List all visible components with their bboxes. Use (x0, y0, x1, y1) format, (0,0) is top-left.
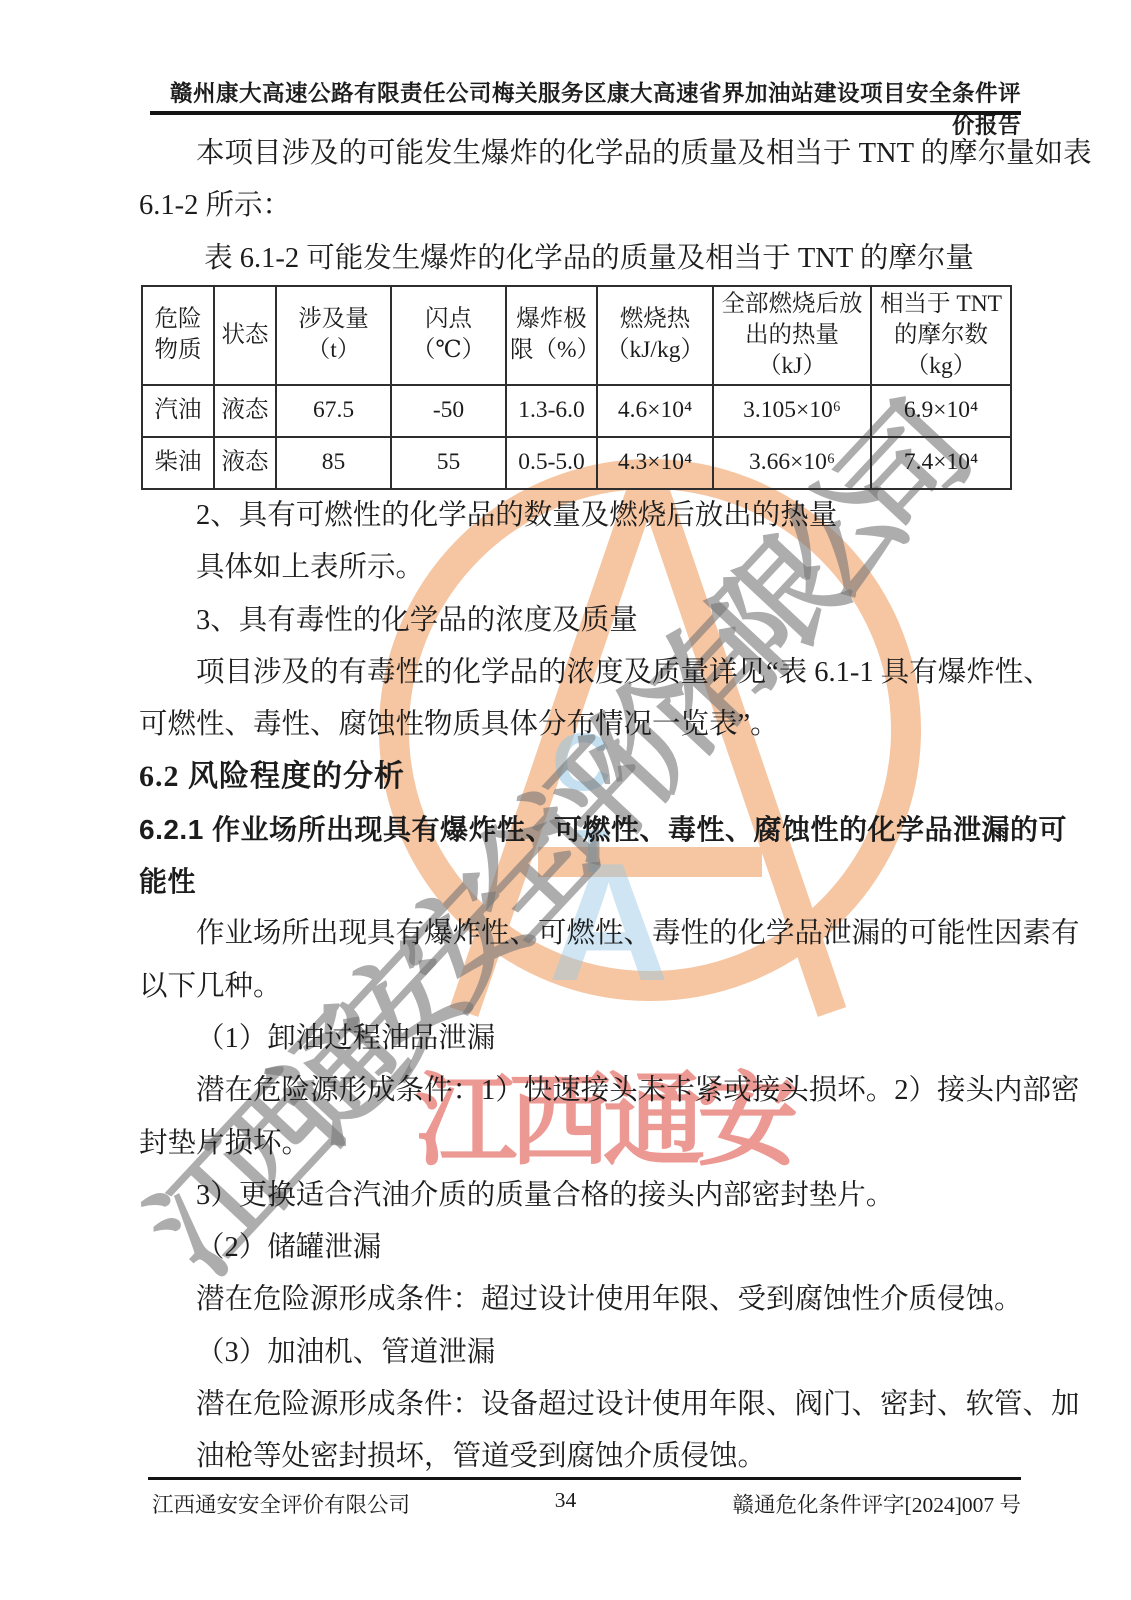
table-header-cell: 燃烧热（kJ/kg） (597, 286, 713, 385)
paragraph-line: （2）储罐泄漏 (139, 1222, 1011, 1274)
subsection-heading-6-2-1-line1: 6.2.1 作业场所出现具有爆炸性、可燃性、毒性、腐蚀性的化学品泄漏的可 (139, 804, 1011, 856)
paragraph-line: 2、具有可燃性的化学品的数量及燃烧后放出的热量 (139, 490, 1011, 542)
table-header-cell: 相当于 TNT 的摩尔数（kg） (871, 286, 1011, 385)
table-header-cell: 涉及量（t） (276, 286, 391, 385)
table-header-row: 危险物质 状态 涉及量（t） 闪点（℃） 爆炸极限（%） 燃烧热（kJ/kg） … (142, 286, 1011, 385)
document-body: 本项目涉及的可能发生爆炸的化学品的质量及相当于 TNT 的摩尔量如表 6.1-2… (139, 128, 1011, 1484)
table-cell: 0.5-5.0 (506, 437, 597, 489)
paragraph-line: 潜在危险源形成条件：超过设计使用年限、受到腐蚀性介质侵蚀。 (139, 1274, 1011, 1326)
paragraph-line: 油枪等处密封损坏，管道受到腐蚀介质侵蚀。 (139, 1431, 1011, 1483)
header-rule (150, 111, 1021, 115)
paragraph-line: 可燃性、毒性、腐蚀性物质具体分布情况一览表”。 (139, 699, 1011, 751)
footer-doc-number: 赣通危化条件评字[2024]007 号 (733, 1488, 1021, 1519)
table-row-gasoline: 汽油 液态 67.5 -50 1.3-6.0 4.6×10⁴ 3.105×10⁶… (142, 385, 1011, 437)
table-header-cell: 闪点（℃） (391, 286, 506, 385)
table-row-diesel: 柴油 液态 85 55 0.5-5.0 4.3×10⁴ 3.66×10⁶ 7.4… (142, 437, 1011, 489)
paragraph-line: 本项目涉及的可能发生爆炸的化学品的质量及相当于 TNT 的摩尔量如表 (139, 128, 1011, 180)
table-caption: 表 6.1-2 可能发生爆炸的化学品的质量及相当于 TNT 的摩尔量 (139, 233, 1011, 285)
paragraph-line: 潜在危险源形成条件：1）快速接头未卡紧或接头损坏。2）接头内部密 (139, 1065, 1011, 1117)
paragraph-line: 封垫片损坏。 (139, 1118, 1011, 1170)
section-heading-6-2: 6.2 风险程度的分析 (139, 751, 1011, 803)
table-cell: 3.105×10⁶ (713, 385, 871, 437)
table-cell: 液态 (214, 385, 276, 437)
paragraph-line: （1）卸油过程油品泄漏 (139, 1013, 1011, 1065)
paragraph-line: 项目涉及的有毒性的化学品的浓度及质量详见“表 6.1-1 具有爆炸性、 (139, 647, 1011, 699)
table-cell: -50 (391, 385, 506, 437)
page-footer: 江西通安安全评价有限公司 34 赣通危化条件评字[2024]007 号 (0, 1488, 1131, 1522)
table-cell: 1.3-6.0 (506, 385, 597, 437)
paragraph-line: 3、具有毒性的化学品的浓度及质量 (139, 595, 1011, 647)
paragraph-line: 6.1-2 所示： (139, 180, 1011, 232)
paragraph-line: （3）加油机、管道泄漏 (139, 1327, 1011, 1379)
explosive-chemicals-table: 危险物质 状态 涉及量（t） 闪点（℃） 爆炸极限（%） 燃烧热（kJ/kg） … (141, 285, 1012, 490)
table-cell: 4.6×10⁴ (597, 385, 713, 437)
table-cell: 汽油 (142, 385, 214, 437)
table-header-cell: 爆炸极限（%） (506, 286, 597, 385)
document-page: C T A 江西通安安全评价有限公司 江西通安 赣州康大高速公路有限责任公司梅关… (0, 0, 1131, 1600)
table-cell: 柴油 (142, 437, 214, 489)
paragraph-line: 潜在危险源形成条件：设备超过设计使用年限、阀门、密封、软管、加 (139, 1379, 1011, 1431)
table-cell: 3.66×10⁶ (713, 437, 871, 489)
table-header-cell: 全部燃烧后放出的热量（kJ） (713, 286, 871, 385)
table-header-cell: 危险物质 (142, 286, 214, 385)
paragraph-line: 3）更换适合汽油介质的质量合格的接头内部密封垫片。 (139, 1170, 1011, 1222)
table-cell: 4.3×10⁴ (597, 437, 713, 489)
paragraph-line: 具体如上表所示。 (139, 542, 1011, 594)
footer-rule (148, 1477, 1021, 1480)
table-cell: 55 (391, 437, 506, 489)
paragraph-line: 作业场所出现具有爆炸性、可燃性、毒性的化学品泄漏的可能性因素有 (139, 908, 1011, 960)
table-cell: 85 (276, 437, 391, 489)
subsection-heading-6-2-1-line2: 能性 (139, 856, 1011, 908)
table-cell: 6.9×10⁴ (871, 385, 1011, 437)
table-cell: 液态 (214, 437, 276, 489)
paragraph-line: 以下几种。 (139, 961, 1011, 1013)
table-header-cell: 状态 (214, 286, 276, 385)
table-cell: 67.5 (276, 385, 391, 437)
table-cell: 7.4×10⁴ (871, 437, 1011, 489)
